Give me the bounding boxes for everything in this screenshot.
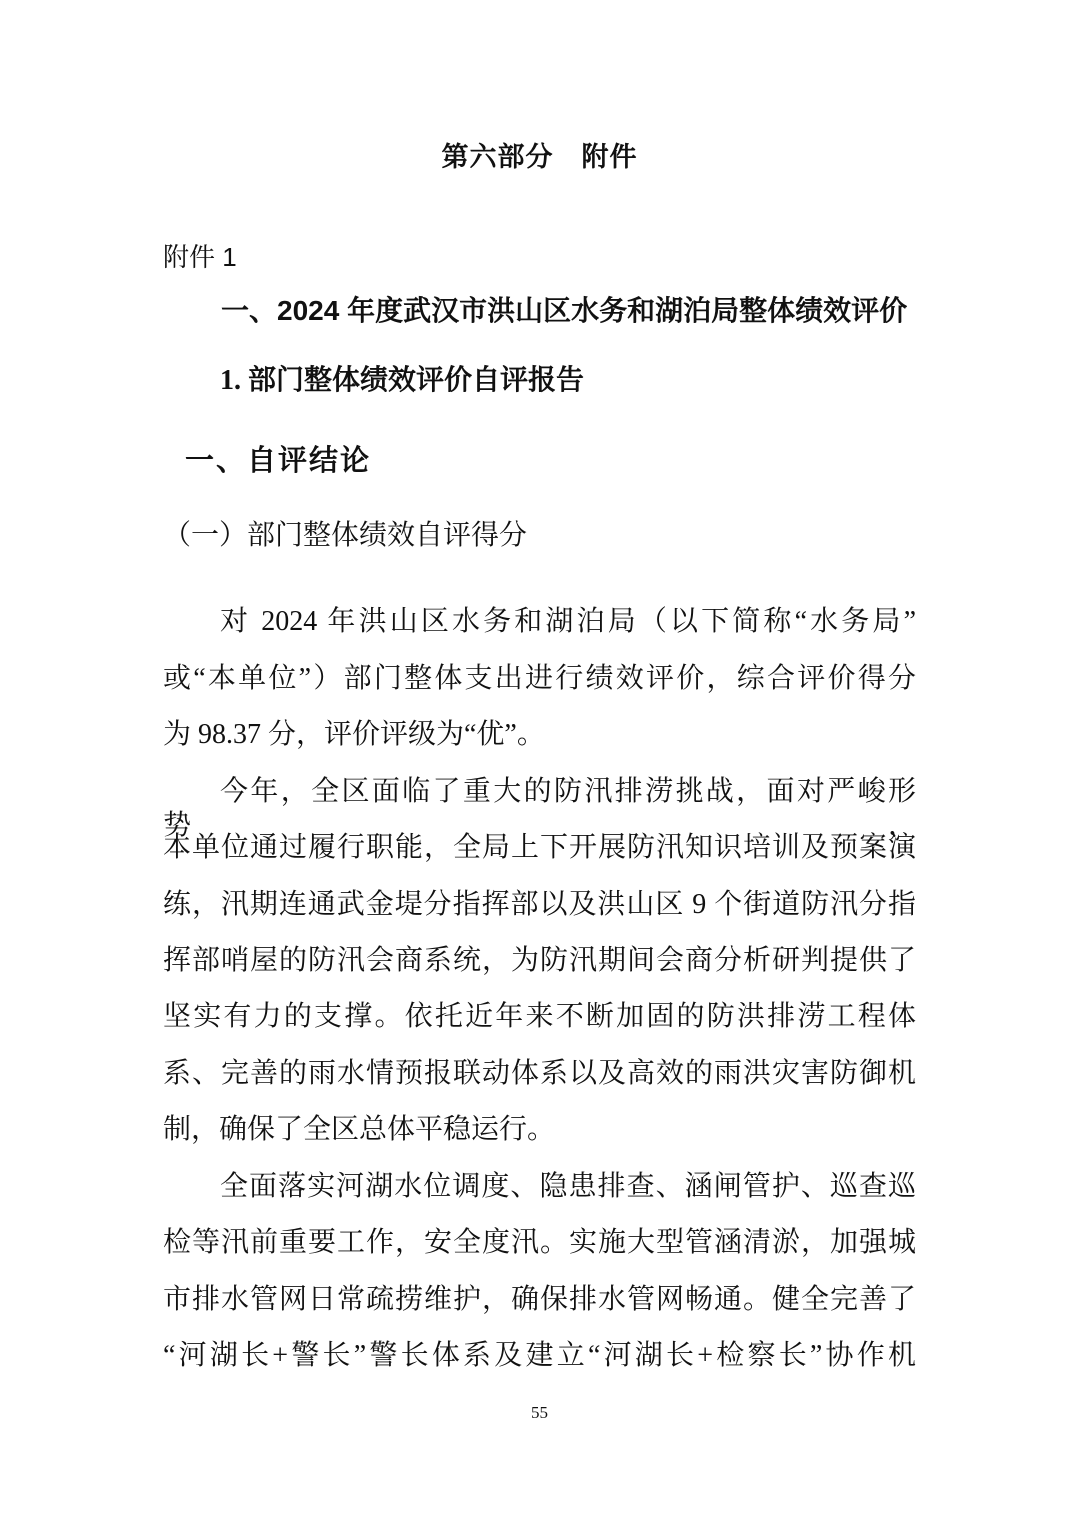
section-heading: 一、2024 年度武汉市洪山区水务和湖泊局整体绩效评价 xyxy=(163,294,916,328)
attachment-label: 附件 1 xyxy=(163,241,237,273)
body-line: 对 2024 年洪山区水务和湖泊局（以下简称“水务局” xyxy=(163,605,916,639)
body-line: 制，确保了全区总体平稳运行。 xyxy=(163,1113,916,1147)
body-line: 挥部哨屋的防汛会商系统，为防汛期间会商分析研判提供了 xyxy=(163,944,916,978)
score-heading: （一）部门整体绩效自评得分 xyxy=(163,519,916,553)
body-line: 为 98.37 分，评价评级为“优”。 xyxy=(163,718,916,752)
body-line: 系、完善的雨水情预报联动体系以及高效的雨洪灾害防御机 xyxy=(163,1057,916,1091)
body-line: 或“本单位”）部门整体支出进行绩效评价，综合评价得分 xyxy=(163,662,916,696)
body-line: 市排水管网日常疏捞维护，确保排水管网畅通。健全完善了 xyxy=(163,1283,916,1317)
body-line: 坚实有力的支撑。依托近年来不断加固的防洪排涝工程体 xyxy=(163,1000,916,1034)
body-line: 练，汛期连通武金堤分指挥部以及洪山区 9 个街道防汛分指 xyxy=(163,888,916,922)
body-line: “河湖长+警长”警长体系及建立“河湖长+检察长”协作机 xyxy=(163,1339,916,1373)
body-line: 检等汛前重要工作，安全度汛。实施大型管涵清淤，加强城 xyxy=(163,1226,916,1260)
page-number: 55 xyxy=(163,1402,916,1424)
document-page: 第六部分 附件 附件 1 一、2024 年度武汉市洪山区水务和湖泊局整体绩效评价… xyxy=(0,0,1074,1520)
report-heading: 1. 部门整体绩效评价自评报告 xyxy=(163,364,916,398)
part-title: 第六部分 附件 xyxy=(163,141,916,173)
conclusion-heading: 一、自评结论 xyxy=(163,444,916,478)
body-line: 全面落实河湖水位调度、隐患排查、涵闸管护、巡查巡 xyxy=(163,1170,916,1204)
body-line: 本单位通过履行职能，全局上下开展防汛知识培训及预案演 xyxy=(163,831,916,865)
